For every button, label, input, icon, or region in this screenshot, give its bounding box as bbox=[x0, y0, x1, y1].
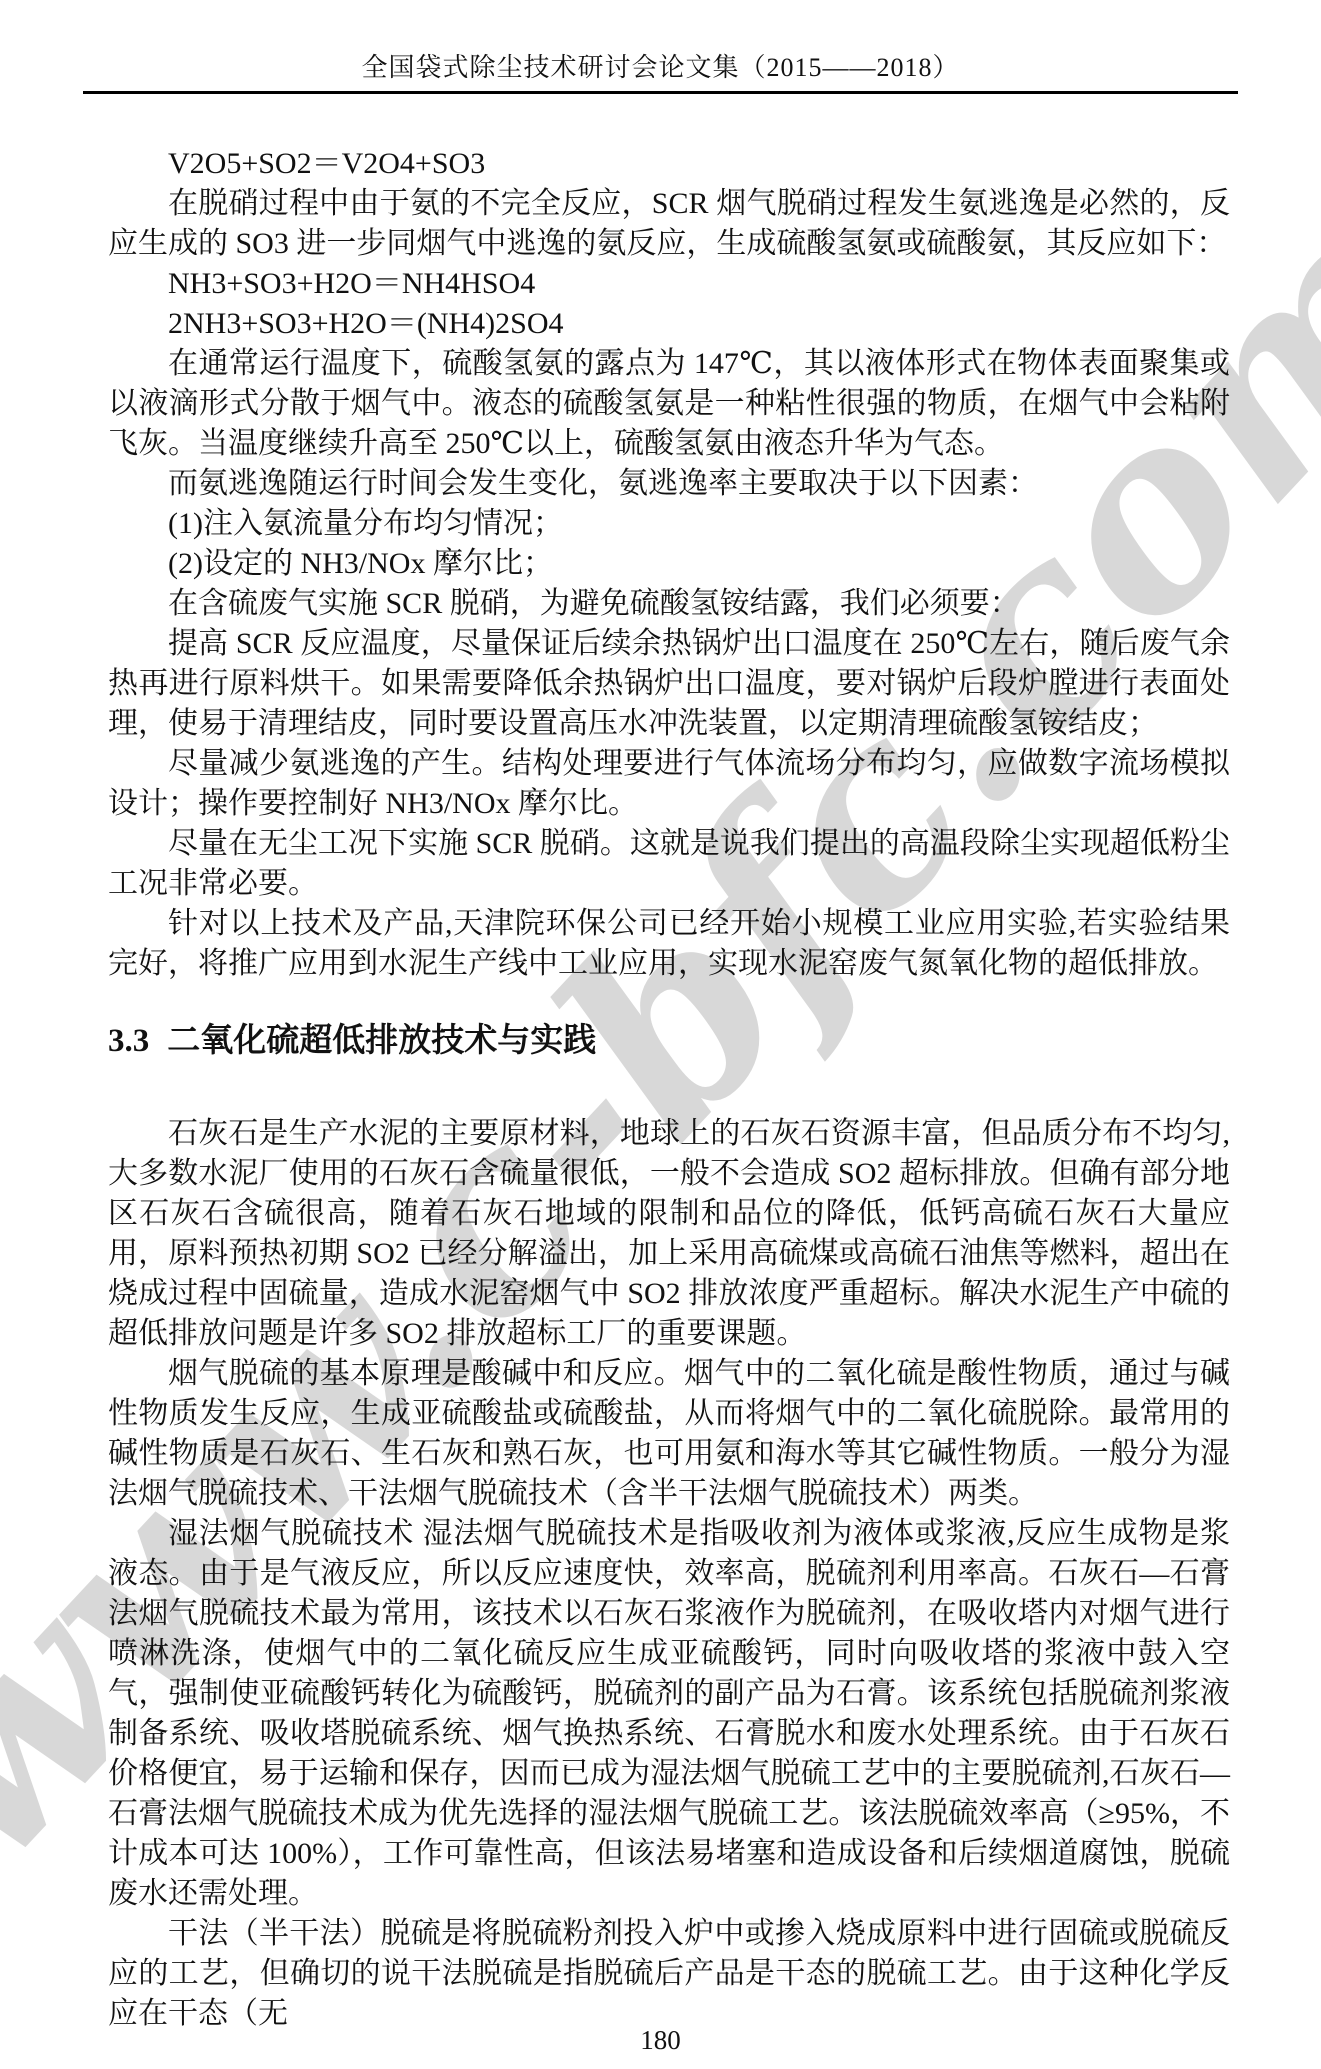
paragraph: 尽量减少氨逃逸的产生。结构处理要进行气体流场分布均匀，应做数字流场模拟设计；操作… bbox=[108, 744, 1230, 824]
section-heading: 3.3二氧化硫超低排放技术与实践 bbox=[108, 1018, 1230, 1064]
paragraph: 提高 SCR 反应温度，尽量保证后续余热锅炉出口温度在 250℃左右，随后废气余… bbox=[108, 624, 1230, 744]
page-body: V2O5+SO2＝V2O4+SO3 在脱硝过程中由于氨的不完全反应，SCR 烟气… bbox=[108, 144, 1230, 2034]
paragraph: 湿法烟气脱硫技术 湿法烟气脱硫技术是指吸收剂为液体或浆液,反应生成物是浆液态。由… bbox=[108, 1514, 1230, 1914]
paragraph: 干法（半干法）脱硫是将脱硫粉剂投入炉中或掺入烧成原料中进行固硫或脱硫反应的工艺，… bbox=[108, 1914, 1230, 2034]
section-title: 二氧化硫超低排放技术与实践 bbox=[167, 1023, 596, 1059]
paragraph: 在含硫废气实施 SCR 脱硝，为避免硫酸氢铵结露，我们必须要： bbox=[108, 584, 1230, 624]
page-number: 180 bbox=[0, 2025, 1321, 2055]
paragraph: 而氨逃逸随运行时间会发生变化，氨逃逸率主要取决于以下因素： bbox=[108, 464, 1230, 504]
paragraph: 尽量在无尘工况下实施 SCR 脱硝。这就是说我们提出的高温段除尘实现超低粉尘工况… bbox=[108, 824, 1230, 904]
section-number: 3.3 bbox=[108, 1023, 149, 1059]
paragraph: 石灰石是生产水泥的主要原材料，地球上的石灰石资源丰富，但品质分布不均匀, 大多数… bbox=[108, 1114, 1230, 1354]
chemical-formula: 2NH3+SO3+H2O＝(NH4)2SO4 bbox=[108, 304, 1230, 344]
paragraph: 烟气脱硫的基本原理是酸碱中和反应。烟气中的二氧化硫是酸性物质，通过与碱性物质发生… bbox=[108, 1354, 1230, 1514]
paragraph: 在通常运行温度下，硫酸氢氨的露点为 147℃，其以液体形式在物体表面聚集或以液滴… bbox=[108, 344, 1230, 464]
page-header-title: 全国袋式除尘技术研讨会论文集（2015——2018） bbox=[0, 52, 1321, 84]
paragraph: 在脱硝过程中由于氨的不完全反应，SCR 烟气脱硝过程发生氨逃逸是必然的，反应生成… bbox=[108, 184, 1230, 264]
chemical-formula: NH3+SO3+H2O＝NH4HSO4 bbox=[108, 264, 1230, 304]
chemical-formula: V2O5+SO2＝V2O4+SO3 bbox=[108, 144, 1230, 184]
document-page: www.c-bfc.com 全国袋式除尘技术研讨会论文集（2015——2018）… bbox=[0, 0, 1321, 2069]
list-item: (2)设定的 NH3/NOx 摩尔比； bbox=[108, 544, 1230, 584]
list-item: (1)注入氨流量分布均匀情况； bbox=[108, 504, 1230, 544]
header-rule bbox=[83, 91, 1238, 94]
paragraph: 针对以上技术及产品,天津院环保公司已经开始小规模工业应用实验,若实验结果完好，将… bbox=[108, 904, 1230, 984]
